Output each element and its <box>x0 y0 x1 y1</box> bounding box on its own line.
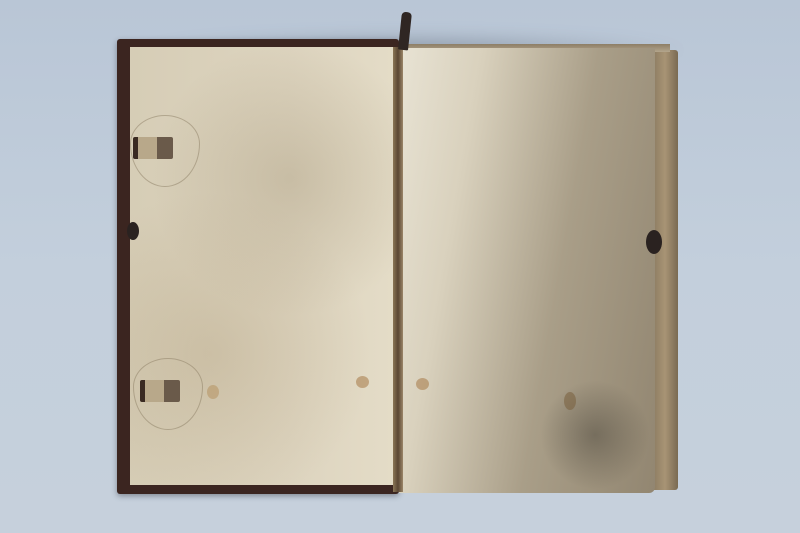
foxing-stain <box>564 392 576 410</box>
clasp-nail-left <box>127 222 139 240</box>
foxing-stain <box>207 385 219 399</box>
foxing-stain <box>416 378 429 390</box>
book-gutter <box>393 47 403 492</box>
clasp-remnant-top <box>133 137 173 159</box>
foxing-stain <box>356 376 369 388</box>
page-shadow-stain <box>540 380 650 490</box>
clasp-nail-right <box>646 230 662 254</box>
fore-edge <box>652 50 678 490</box>
photo-scene <box>0 0 800 533</box>
clasp-remnant-bottom <box>140 380 180 402</box>
